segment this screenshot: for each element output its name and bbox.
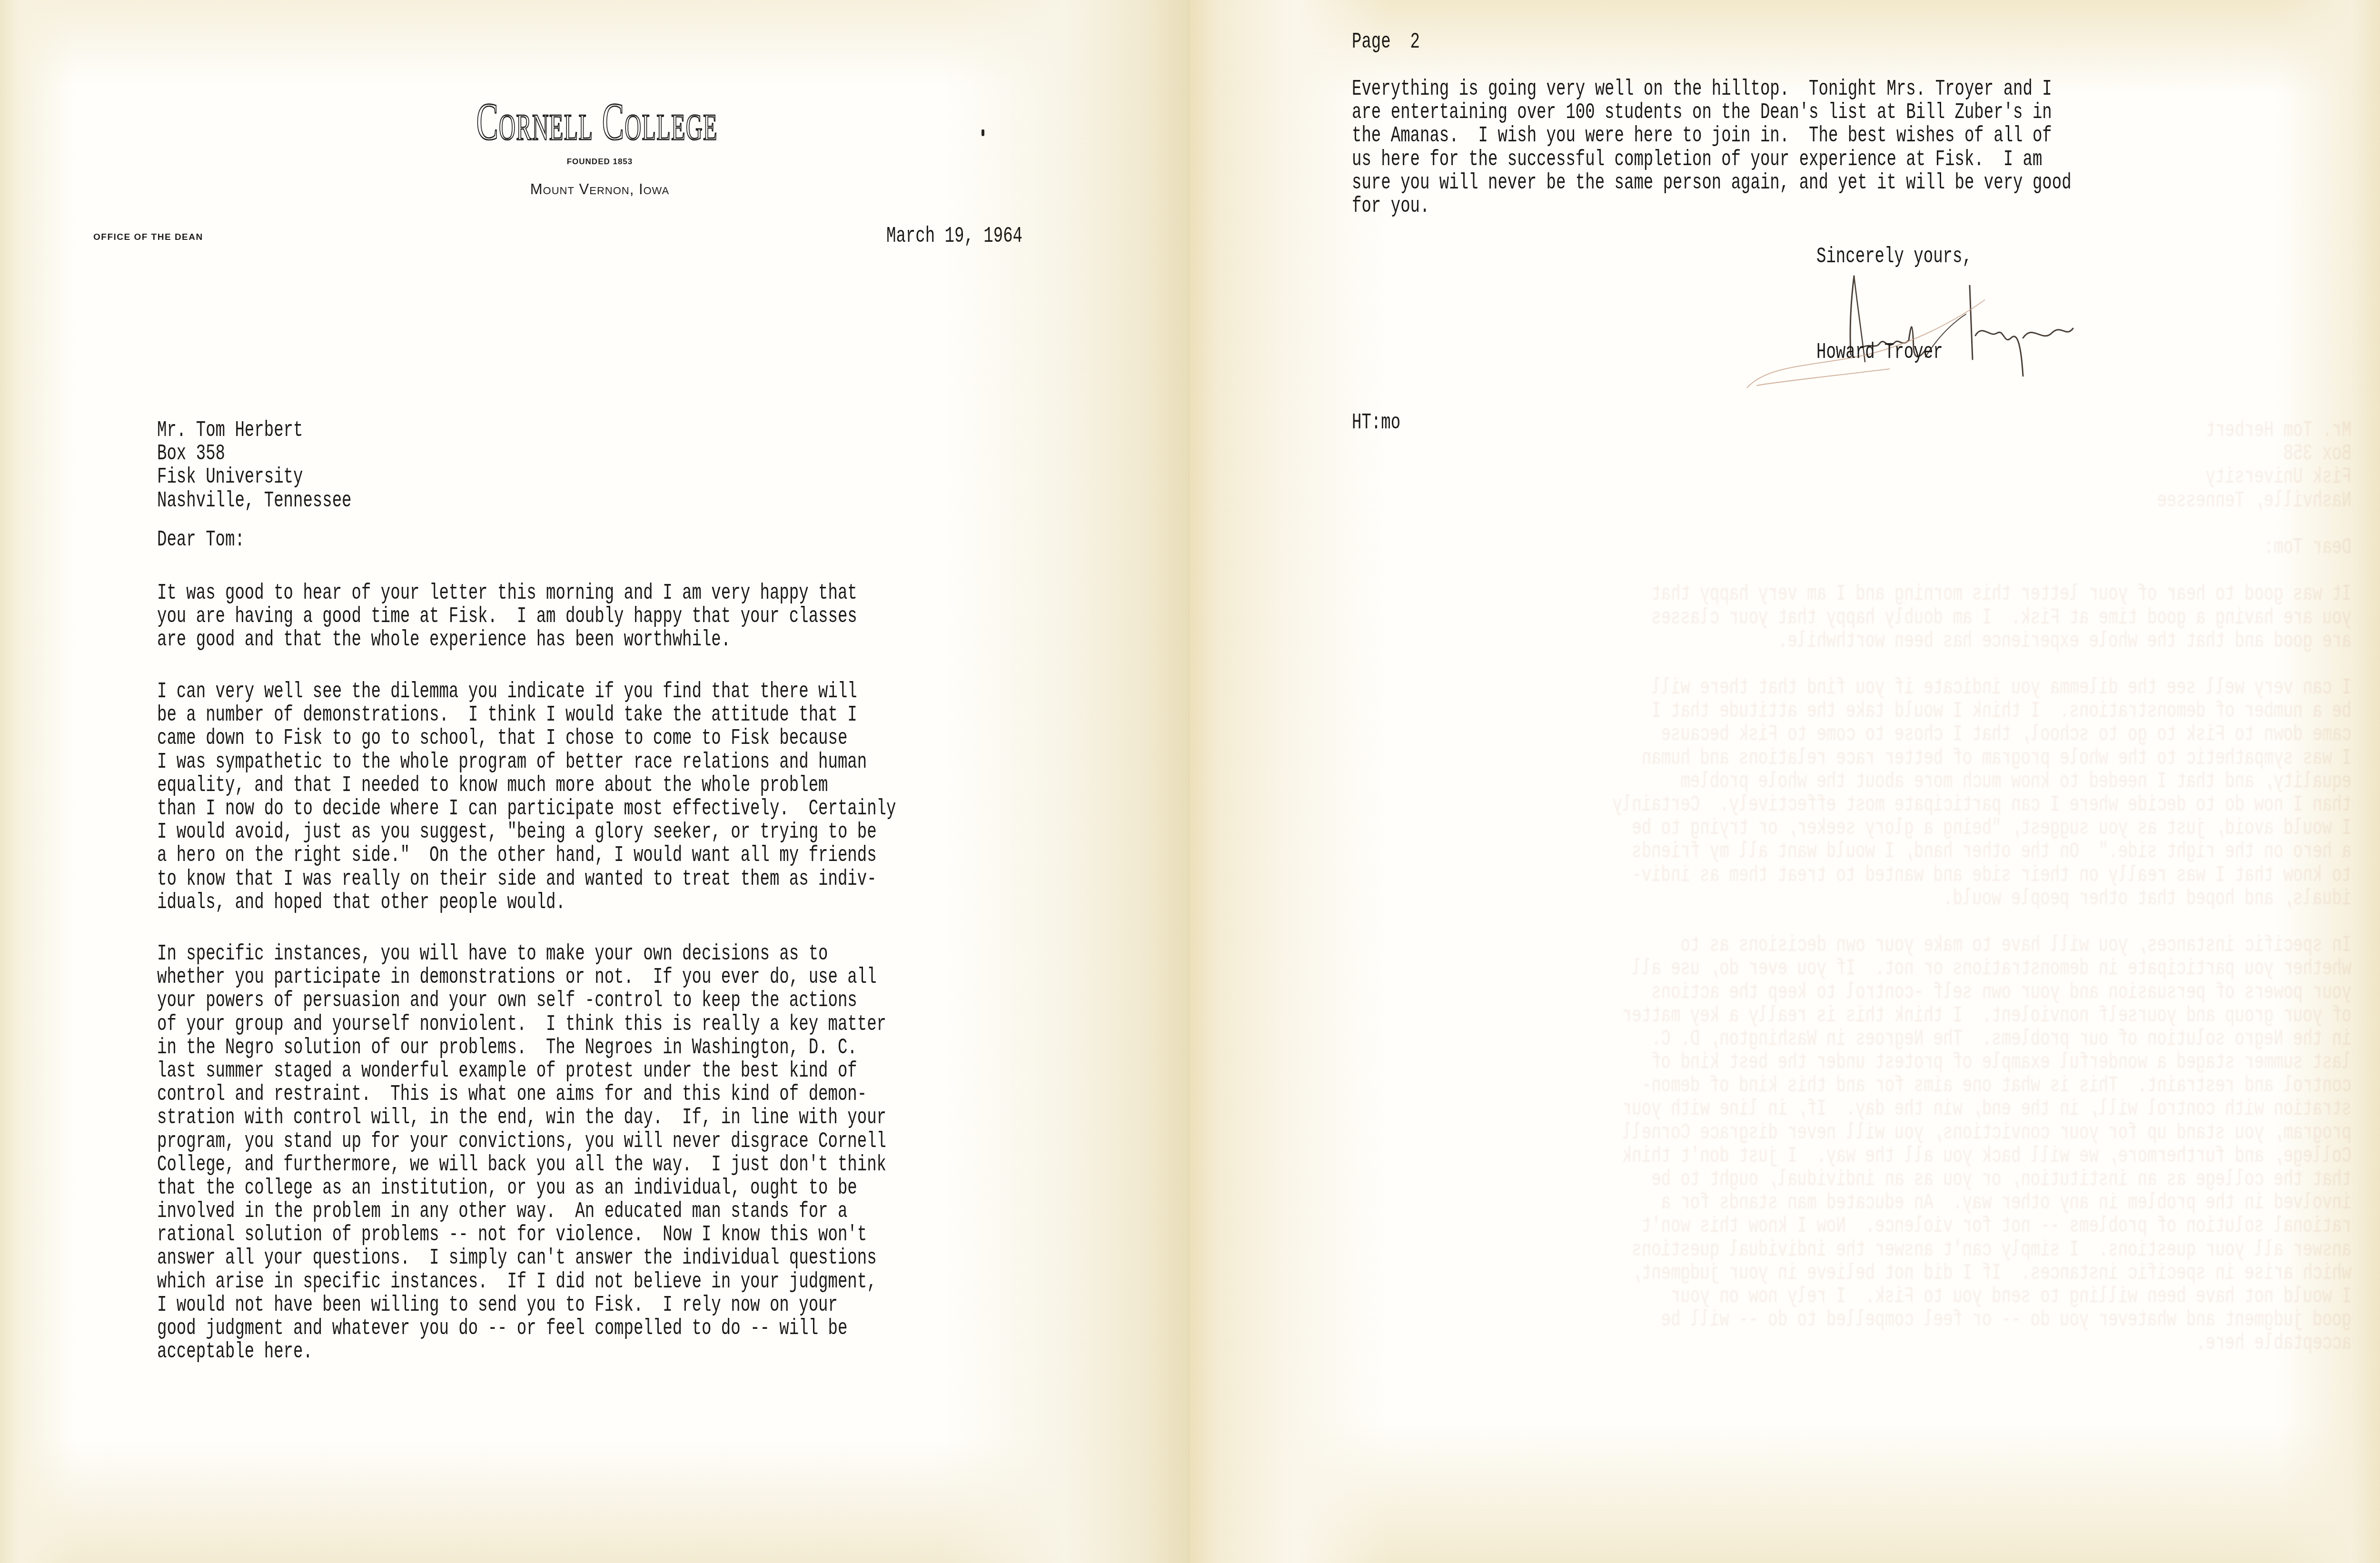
bleed-through-line: in the Negro solution of our problems. T…: [1612, 1028, 2351, 1051]
bleed-through-line: control and restraint. This is what one …: [1612, 1074, 2351, 1098]
paragraph-1: It was good to hear of your letter this …: [157, 582, 1103, 652]
text-line: of your group and yourself nonviolent. I…: [157, 1013, 886, 1036]
bleed-through-line: program, you stand up for your convictio…: [1612, 1121, 2351, 1145]
bleed-through-line: involved in the problem in any other way…: [1612, 1191, 2351, 1215]
typist-initials: HT:mo: [1352, 411, 1400, 435]
text-line: program, you stand up for your convictio…: [157, 1130, 886, 1153]
bleed-through-line: of your group and yourself nonviolent. I…: [1612, 1004, 2351, 1028]
bleed-through-line: be a number of demonstrations. I think I…: [1612, 700, 2351, 723]
text-line: you are having a good time at Fisk. I am…: [157, 605, 857, 628]
recipient-address: Mr. Tom HerbertBox 358Fisk UniversityNas…: [157, 419, 420, 513]
bleed-through-line: are good and that the whole experience h…: [1612, 630, 2351, 653]
letterhead-office: OFFICE OF THE DEAN: [93, 232, 203, 243]
text-line: good judgment and whatever you do -- or …: [157, 1317, 886, 1340]
bleed-through-line: equality, and that I needed to know much…: [1612, 770, 2351, 793]
text-line: that the college as an institution, or y…: [157, 1177, 886, 1200]
text-line: last summer staged a wonderful example o…: [157, 1059, 886, 1083]
letter-page-1: Cornell College FOUNDED 1853 Mount Verno…: [0, 0, 1190, 1563]
bleed-through-line: Nashville, Tennessee: [1612, 489, 2351, 513]
letter-date: March 19, 1964: [886, 225, 1022, 248]
closing: Sincerely yours,: [1816, 245, 1972, 268]
bleed-through-line: College, and furthermore, we will back y…: [1612, 1145, 2351, 1168]
text-line: us here for the successful completion of…: [1352, 148, 2072, 171]
text-line: came down to Fisk to go to school, that …: [157, 727, 896, 750]
text-line: answer all your questions. I simply can'…: [157, 1246, 886, 1270]
bleed-through-line: Dear Tom:: [1612, 536, 2351, 559]
text-line: are good and that the whole experience h…: [157, 628, 857, 652]
text-line: your powers of persuasion and your own s…: [157, 989, 886, 1012]
text-line: Everything is going very well on the hil…: [1352, 78, 2072, 101]
text-line: It was good to hear of your letter this …: [157, 582, 857, 605]
bleed-through-line: a hero on the right side." On the other …: [1612, 840, 2351, 863]
text-line: sure you will never be the same person a…: [1352, 171, 2072, 195]
text-line: stration with control will, in the end, …: [157, 1106, 886, 1129]
page2-paragraph: Everything is going very well on the hil…: [1352, 78, 2324, 218]
text-line: equality, and that I needed to know much…: [157, 774, 896, 797]
bleed-through-line: I can very well see the dilemma you indi…: [1612, 676, 2351, 700]
bleed-through-line: [1612, 910, 2351, 934]
page-number: Page 2: [1352, 30, 1420, 54]
bleed-through-line: Box 358: [1612, 442, 2351, 465]
bleed-through-line: which arise in specific instances. If I …: [1612, 1262, 2351, 1285]
bleed-through-line: stration with control will, in the end, …: [1612, 1098, 2351, 1121]
text-line: be a number of demonstrations. I think I…: [157, 703, 896, 727]
bleed-through-line: good judgment and whatever you do -- or …: [1612, 1308, 2351, 1332]
bleed-through-line: whether you participate in demonstration…: [1612, 957, 2351, 980]
text-line: I would not have been willing to send yo…: [157, 1294, 886, 1317]
text-line: I can very well see the dilemma you indi…: [157, 680, 896, 703]
text-line: iduals, and hoped that other people woul…: [157, 891, 896, 914]
text-line: I was sympathetic to the whole program o…: [157, 751, 896, 774]
letterhead-institution-text: Cornell College: [476, 95, 718, 148]
bleed-through-line: [1612, 559, 2351, 583]
text-line: which arise in specific instances. If I …: [157, 1270, 886, 1294]
text-line: are entertaining over 100 students on th…: [1352, 101, 2072, 124]
bleed-through-line: your powers of persuasion and your own s…: [1612, 981, 2351, 1004]
text-line: control and restraint. This is what one …: [157, 1083, 886, 1106]
recipient-line: Box 358: [157, 442, 352, 465]
text-line: a hero on the right side." On the other …: [157, 844, 896, 867]
bleed-through-line: that the college as an institution, or y…: [1612, 1168, 2351, 1191]
recipient-line: Nashville, Tennessee: [157, 489, 352, 513]
ink-speck-icon: [982, 129, 984, 136]
paragraph-3: In specific instances, you will have to …: [157, 942, 1142, 1364]
signer-name: Howard Troyer: [1816, 341, 1943, 364]
bleed-through-line: [1612, 653, 2351, 676]
text-line: In specific instances, you will have to …: [157, 942, 886, 966]
text-line: College, and furthermore, we will back y…: [157, 1153, 886, 1177]
bleed-through-line: came down to Fisk to go to school, that …: [1612, 723, 2351, 746]
paragraph-2: I can very well see the dilemma you indi…: [157, 680, 1156, 914]
bleed-through-line: iduals, and hoped that other people woul…: [1612, 887, 2351, 910]
handwritten-signature-icon: [1737, 267, 2166, 390]
bleed-through-line: Fisk University: [1612, 465, 2351, 489]
text-line: in the Negro solution of our problems. T…: [157, 1036, 886, 1059]
letterhead-institution: Cornell College: [0, 95, 1190, 148]
bleed-through-line: last summer staged a wonderful example o…: [1612, 1051, 2351, 1074]
bleed-through-line: acceptable here.: [1612, 1332, 2351, 1355]
bleed-through-line: Mr. Tom Herbert: [1612, 419, 2351, 442]
recipient-line: Fisk University: [157, 465, 352, 489]
letterhead-founded: FOUNDED 1853: [0, 157, 1190, 167]
text-line: I would avoid, just as you suggest, "bei…: [157, 821, 896, 844]
text-line: acceptable here.: [157, 1340, 886, 1364]
salutation: Dear Tom:: [157, 528, 245, 552]
recipient-line: Mr. Tom Herbert: [157, 419, 352, 442]
bleed-through-text: Mr. Tom HerbertBox 358Fisk UniversityNas…: [1352, 419, 2351, 1355]
letterhead-location: Mount Vernon, Iowa: [0, 181, 1190, 198]
bleed-through-line: In specific instances, you will have to …: [1612, 934, 2351, 957]
bleed-through-line: answer all your questions. I simply can'…: [1612, 1238, 2351, 1262]
bleed-through-line: [1612, 513, 2351, 536]
bleed-through-line: I would avoid, just as you suggest, "bei…: [1612, 817, 2351, 840]
bleed-through-line: you are having a good time at Fisk. I am…: [1612, 606, 2351, 630]
text-line: rational solution of problems -- not for…: [157, 1223, 886, 1246]
text-line: the Amanas. I wish you were here to join…: [1352, 124, 2072, 148]
text-line: whether you participate in demonstration…: [157, 966, 886, 989]
text-line: involved in the problem in any other way…: [157, 1200, 886, 1223]
text-line: to know that I was really on their side …: [157, 868, 896, 891]
bleed-through-line: rational solution of problems -- not for…: [1612, 1215, 2351, 1238]
bleed-through-line: to know that I was really on their side …: [1612, 864, 2351, 887]
text-line: than I now do to decide where I can part…: [157, 797, 896, 821]
text-line: for you.: [1352, 195, 2072, 218]
bleed-through-line: than I now do to decide where I can part…: [1612, 793, 2351, 817]
bleed-through-line: I would not have been willing to send yo…: [1612, 1285, 2351, 1308]
bleed-through-line: It was good to hear of your letter this …: [1612, 583, 2351, 606]
bleed-through-line: I was sympathetic to the whole program o…: [1612, 747, 2351, 770]
